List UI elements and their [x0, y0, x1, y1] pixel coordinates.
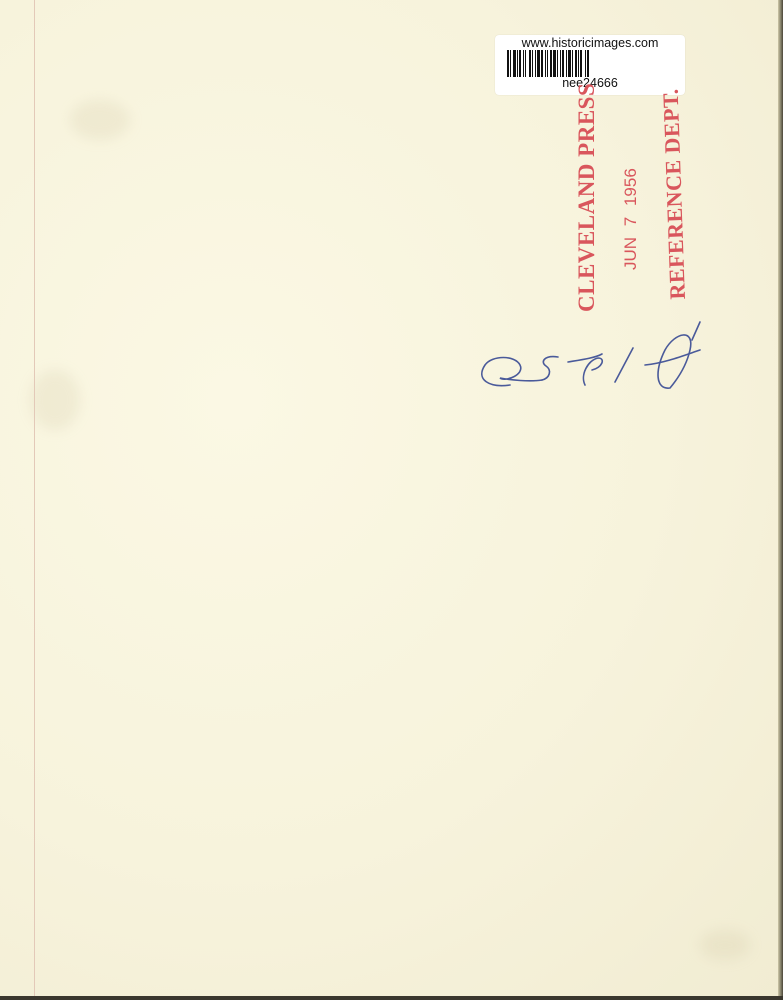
- stamp-publisher: CLEVELAND PRESS: [574, 83, 600, 312]
- fold-line: [34, 0, 35, 1000]
- paper-smudge: [70, 100, 130, 140]
- paper-smudge: [700, 930, 750, 960]
- stamp-date: JUN 7 1956: [621, 168, 641, 270]
- paper-smudge: [30, 370, 80, 430]
- paper-edge-right: [778, 0, 783, 1000]
- handwritten-date: [470, 310, 720, 400]
- label-url: www.historicimages.com: [495, 36, 685, 50]
- paper-edge-bottom: [0, 996, 783, 1000]
- barcode-icon: [507, 50, 673, 77]
